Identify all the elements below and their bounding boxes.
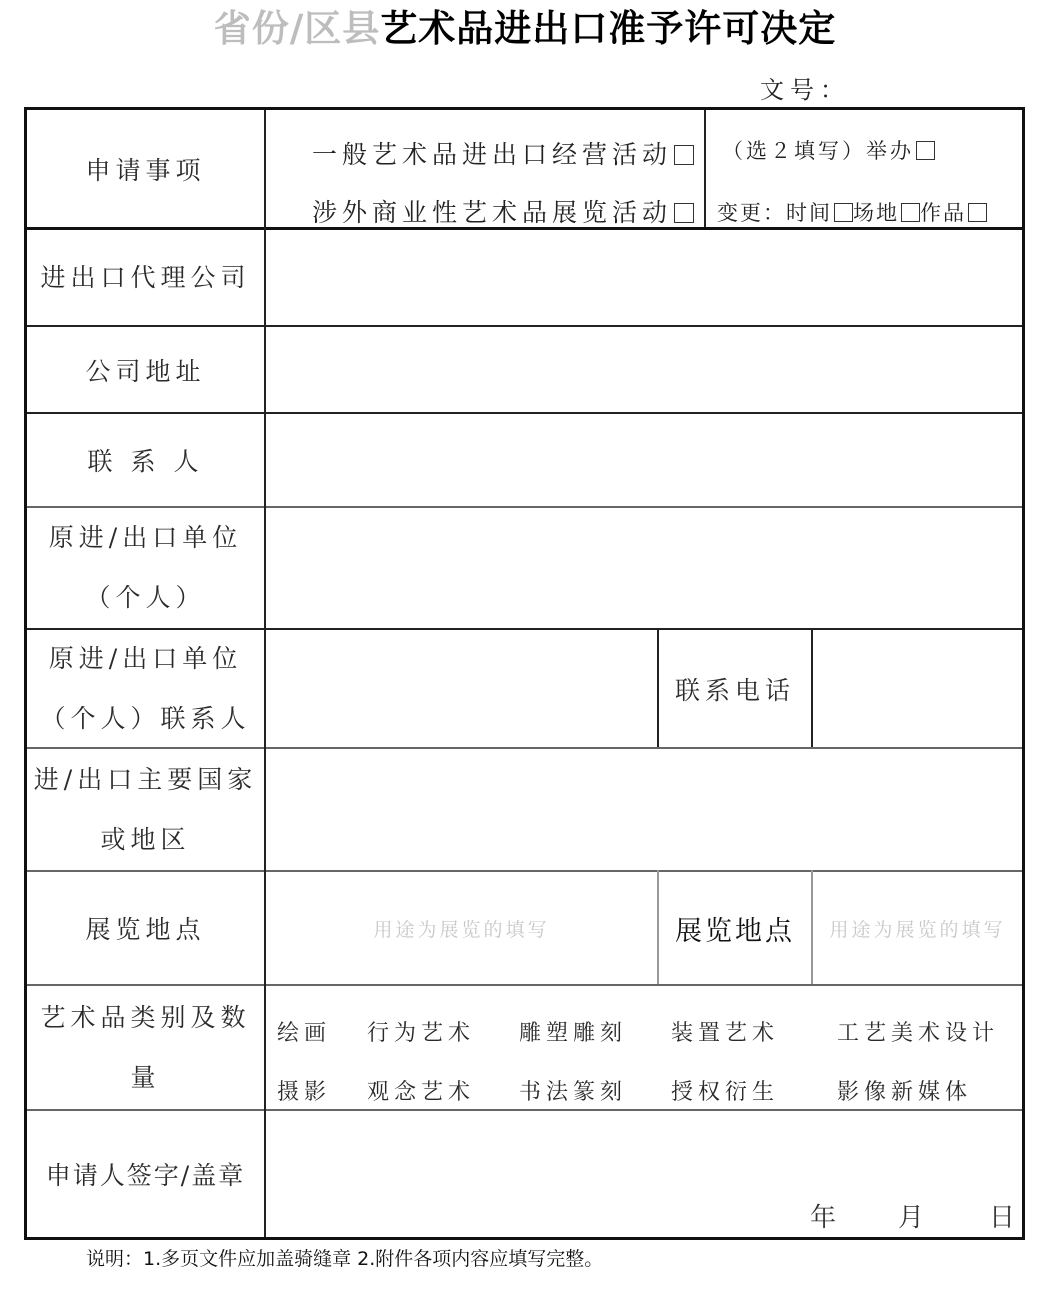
checkbox-icon[interactable] bbox=[834, 203, 853, 222]
agent-company-label: 进出口代理公司 bbox=[27, 227, 264, 325]
art-categories-label-line1: 艺术品类别及数 bbox=[40, 988, 250, 1048]
option-foreign-exhibition[interactable]: 涉外商业性艺术品展览活动 bbox=[312, 193, 694, 229]
application-form-table: 申请事项 一般艺术品进出口经营活动 涉外商业性艺术品展览活动 （选２填写）举办 … bbox=[24, 107, 1025, 1240]
option-general-trade-label: 一般艺术品进出口经营活动 bbox=[312, 140, 672, 169]
countries-label-line2: 或地区 bbox=[100, 810, 190, 870]
origin-contact-field[interactable] bbox=[266, 630, 657, 747]
exhibition-venue-label: 展览地点 bbox=[27, 872, 264, 984]
title-main: 艺术品进出口准予许可决定 bbox=[380, 6, 836, 50]
category-licensed-derivatives[interactable]: 授权衍生 bbox=[671, 1075, 779, 1106]
document-title: 省份/区县艺术品进出口准予许可决定 bbox=[0, 4, 1050, 52]
origin-unit-label-line2: （个人） bbox=[85, 568, 205, 628]
column-divider bbox=[704, 110, 706, 227]
option-change: 变更：时间场地作品 bbox=[717, 197, 987, 227]
option-foreign-exhibition-label: 涉外商业性艺术品展览活动 bbox=[312, 198, 672, 227]
countries-field[interactable] bbox=[266, 749, 1022, 870]
application-item-label: 申请事项 bbox=[27, 110, 264, 227]
date-year-label: 年 bbox=[810, 1197, 836, 1234]
category-photography[interactable]: 摄影 bbox=[277, 1075, 331, 1106]
company-address-label: 公司地址 bbox=[27, 327, 264, 412]
contact-person-field[interactable] bbox=[266, 414, 1022, 506]
category-calligraphy-seal[interactable]: 书法篆刻 bbox=[519, 1075, 627, 1106]
title-region-placeholder: 省份/区县 bbox=[214, 6, 381, 50]
contact-person-label: 联 系 人 bbox=[27, 414, 264, 506]
category-sculpture-carving[interactable]: 雕塑雕刻 bbox=[519, 1016, 627, 1047]
countries-label: 进/出口主要国家 或地区 bbox=[27, 749, 264, 870]
option-hold-label: （选２填写）举办 bbox=[722, 139, 914, 163]
category-painting[interactable]: 绘画 bbox=[277, 1016, 331, 1047]
origin-contact-label-line1: 原进/出口单位 bbox=[49, 629, 242, 689]
phone-label: 联系电话 bbox=[659, 630, 811, 747]
agent-company-field[interactable] bbox=[266, 229, 1022, 325]
category-conceptual-art[interactable]: 观念艺术 bbox=[367, 1075, 475, 1106]
category-performance-art[interactable]: 行为艺术 bbox=[367, 1016, 475, 1047]
origin-contact-label: 原进/出口单位 （个人）联系人 bbox=[27, 630, 264, 747]
checkbox-icon[interactable] bbox=[968, 203, 987, 222]
checkbox-icon[interactable] bbox=[901, 203, 920, 222]
origin-unit-label: 原进/出口单位 （个人） bbox=[27, 508, 264, 628]
option-general-trade[interactable]: 一般艺术品进出口经营活动 bbox=[312, 135, 694, 171]
date-month-label: 月 bbox=[898, 1197, 924, 1234]
category-video-new-media[interactable]: 影像新媒体 bbox=[837, 1075, 972, 1106]
category-craft-design[interactable]: 工艺美术设计 bbox=[837, 1016, 999, 1047]
date-day-label: 日 bbox=[989, 1197, 1015, 1234]
exhibition-venue-label-2: 展览地点 bbox=[659, 872, 811, 984]
footer-note: 说明：1.多页文件应加盖骑缝章 2.附件各项内容应填写完整。 bbox=[86, 1244, 603, 1271]
checkbox-icon[interactable] bbox=[674, 145, 694, 165]
origin-unit-field[interactable] bbox=[266, 508, 1022, 628]
doc-number-label: 文号： bbox=[760, 70, 850, 105]
countries-label-line1: 进/出口主要国家 bbox=[34, 750, 257, 810]
exhibition-venue-field-2[interactable]: 用途为展览的填写 bbox=[813, 872, 1022, 984]
option-hold[interactable]: （选２填写）举办 bbox=[722, 135, 935, 165]
checkbox-icon[interactable] bbox=[674, 203, 694, 223]
origin-contact-label-line2: （个人）联系人 bbox=[40, 689, 250, 749]
change-time-label: 时间 bbox=[786, 201, 832, 225]
phone-field[interactable] bbox=[813, 630, 1022, 747]
origin-unit-label-line1: 原进/出口单位 bbox=[49, 508, 242, 568]
category-installation-art[interactable]: 装置艺术 bbox=[671, 1016, 779, 1047]
signature-label: 申请人签字/盖章 bbox=[27, 1111, 264, 1237]
art-categories-label-line2: 量 bbox=[130, 1048, 160, 1108]
change-venue-label: 场地 bbox=[853, 201, 899, 225]
company-address-field[interactable] bbox=[266, 327, 1022, 412]
exhibition-venue-field[interactable]: 用途为展览的填写 bbox=[266, 872, 657, 984]
change-works-label: 作品 bbox=[920, 201, 966, 225]
change-label: 变更： bbox=[717, 201, 786, 225]
art-categories-label: 艺术品类别及数 量 bbox=[27, 986, 264, 1109]
checkbox-icon[interactable] bbox=[916, 141, 935, 160]
